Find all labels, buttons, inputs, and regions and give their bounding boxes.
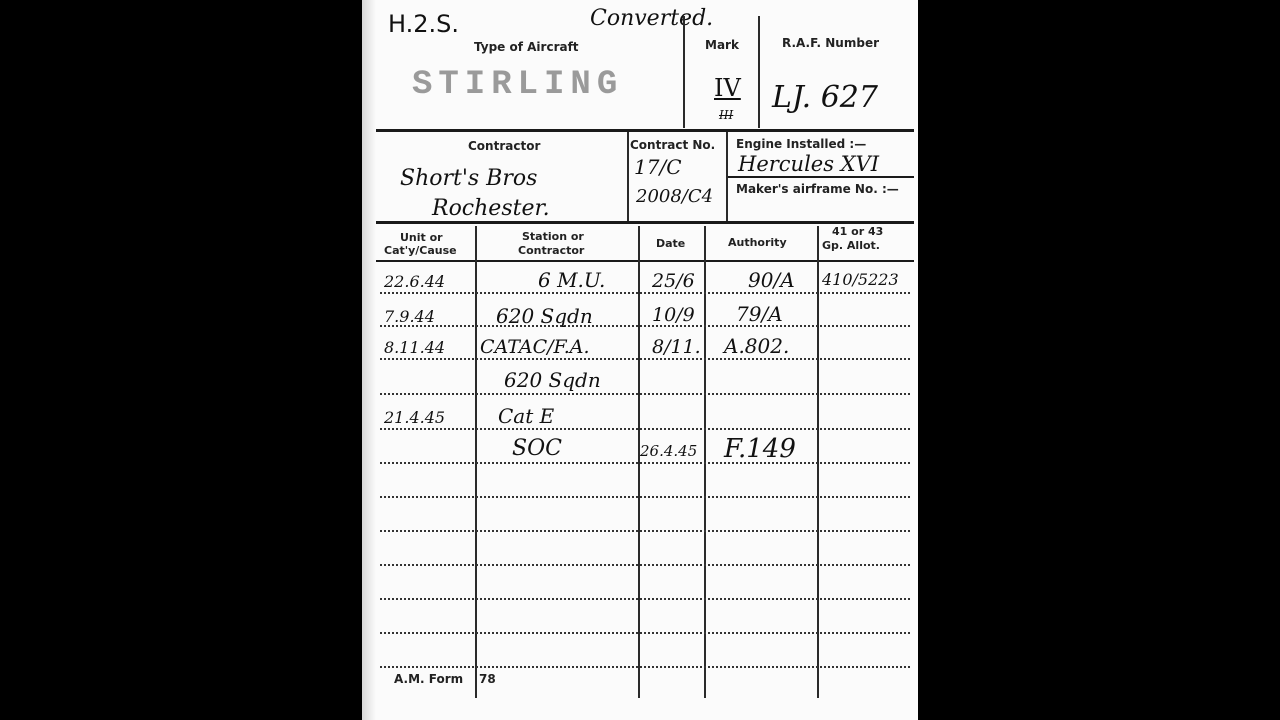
col-allot-label-2: Gp. Allot. [822,239,880,252]
col-unit-label-1: Unit or [400,231,443,244]
row-rule [380,496,910,498]
header-divider [376,260,914,262]
makers-airframe-label: Maker's airframe No. :— [736,183,899,196]
engine-installed-value: Hercules XVI [738,152,879,176]
cell-station: 620 Sqdn [496,304,593,328]
cell-unit: 21.4.45 [384,408,445,427]
cell-station: Cat E [498,404,554,428]
contractor-value-line1: Short's Bros [400,166,537,191]
col-station-label-1: Station or [522,230,584,243]
type-of-aircraft-label: Type of Aircraft [474,41,579,54]
row-rule [380,358,910,360]
aircraft-record-card: H.2.S. Converted. Type of Aircraft STIRL… [362,0,918,720]
divider [683,16,685,128]
section-divider [376,129,914,132]
col-unit-label-2: Cat'y/Cause [384,244,457,257]
divider [758,16,760,128]
mark-label: Mark [705,39,739,52]
row-rule [380,564,910,566]
cell-station: 6 M.U. [538,268,605,292]
row-rule [380,462,910,464]
contractor-label: Contractor [468,140,540,153]
cell-unit: 8.11.44 [384,338,445,357]
cell-authority: 90/A [748,268,795,292]
col-station-label-2: Contractor [518,244,584,257]
cell-station: CATAC/F.A. [480,336,590,358]
col-authority-label: Authority [728,236,787,249]
cell-date: 26.4.45 [640,442,697,460]
cell-authority: F.149 [724,434,796,464]
row-rule [380,325,910,327]
raf-number-value: LJ. 627 [772,80,878,115]
cell-authority: A.802. [724,334,789,358]
raf-number-label: R.A.F. Number [782,37,879,50]
cell-authority: 79/A [736,302,783,326]
form-number-label: A.M. Form [394,673,463,686]
cell-unit: 7.9.44 [384,307,435,326]
cell-unit: 22.6.44 [384,272,445,291]
contract-no-line1: 17/C [634,155,682,179]
cell-allot: 410/5223 [822,270,899,289]
cell-date: 10/9 [652,304,695,326]
row-rule [380,393,910,395]
col-date-label: Date [656,237,685,250]
mark-value: IV [714,74,741,102]
engine-installed-label: Engine Installed :— [736,138,866,151]
h2s-annotation: H.2.S. [388,10,459,38]
contract-no-label: Contract No. [630,139,715,152]
divider [728,176,914,178]
col-allot-label-1: 41 or 43 [832,225,883,238]
row-rule [380,292,910,294]
mark-struck-value: III [719,108,733,122]
type-of-aircraft-value: STIRLING [412,66,623,104]
cell-station: SOC [512,436,562,461]
row-rule [380,666,910,668]
cell-date: 8/11. [652,336,701,358]
row-rule [380,598,910,600]
converted-annotation: Converted. [590,6,713,31]
cell-station: 620 Sqdn [504,368,601,392]
contractor-value-line2: Rochester. [432,196,550,221]
row-rule [380,530,910,532]
cell-date: 25/6 [652,270,695,292]
form-number-value: 78 [479,673,496,686]
contract-no-line2: 2008/C4 [636,186,713,207]
divider [627,132,629,222]
section-divider [376,221,914,224]
row-rule [380,632,910,634]
row-rule [380,428,910,430]
